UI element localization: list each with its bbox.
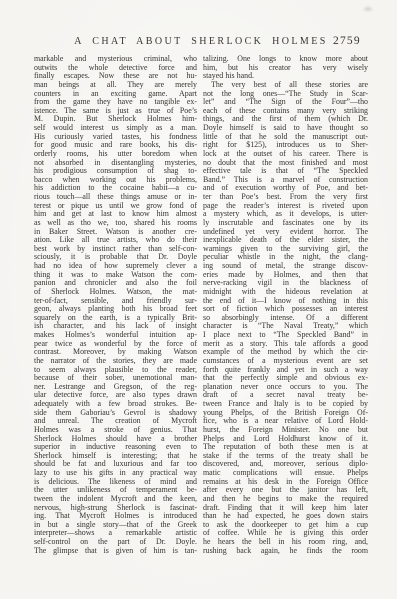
text-line: pear twice as wonderful by the force of [34,340,197,349]
text-line: each of these contains many very strikin… [203,107,368,116]
text-line: ter-of-fact, sensible, and friendly sur- [34,297,197,306]
text-line: tween the indolent Mycroft and the keen, [34,495,197,504]
text-line: sciously, it is probable that Dr. Doyle [34,253,197,262]
text-line: page the reader’s interest is riveted up… [203,202,368,211]
text-line: M. Dupin. But Sherlock Holmes him- [34,115,197,124]
text-line: of Sherlock Holmes. Watson, the mat- [34,288,197,297]
text-line: nerve-racking vigil in the blackness of [203,279,368,288]
right-text-column: talizing. One longs to know more abouthi… [203,55,368,555]
text-line: bacco when working out his problems, [34,176,197,185]
text-line: His curiously varied tastes, his fondnes… [34,133,197,142]
text-line: and then he begins to make the required [203,495,368,504]
text-line: to seem always plausible to the reader, [34,366,197,375]
text-line: as well as tho we, too, shared his rooms [34,219,197,228]
text-line: he hears the bell in his room ring, and, [203,538,368,547]
text-line: The glimpse that is given of him is tan- [34,547,197,556]
text-line: and unreal. The creation of Mycroft [34,417,197,426]
text-line: Sherlock Holmes should have a brother [34,435,197,444]
text-line: him, but his creator has very wisely [203,64,368,73]
text-line: rushing back again, he finds the room [203,547,368,556]
text-line: ner. Lestrange and Gregson, of the reg- [34,383,197,392]
text-line: sort of fiction which possesses an inter… [203,305,368,314]
text-line: Band.” This is a marvel of construction [203,176,368,185]
text-line: for good music and rare books, his dis- [34,141,197,150]
text-line: panion and chronicler and also the foil [34,279,197,288]
text-line: nervous, high-strung Sherlock is fascina… [34,504,197,513]
text-line: effective tale is that of “The Speckled [203,167,368,176]
text-line: forth quite frankly and yet in such a wa… [203,366,368,375]
running-head: A CHAT ABOUT SHERLOCK HOLMES [34,36,368,47]
text-line: a mystery which, as it develops, is utte… [203,210,368,219]
text-line: matic complications will ensue. Phelps [203,469,368,478]
text-line: hurst, the Foreign Minister. No one but [203,426,368,435]
text-line: side them Gaboriau’s Gevrol is shadowy [34,409,197,418]
text-line: stayed his hand. [203,72,368,81]
text-line: Holmes was a stroke of genius. That [34,426,197,435]
text-line: planation never once occurs to you. The [203,383,368,392]
text-line: eries made by Holmes, and then that [203,271,368,280]
text-line: counters in an exciting game. Apart [34,90,197,99]
text-line: thing it was to make Watson the com- [34,271,197,280]
text-line: ly inscrutable and fascinates one by its [203,219,368,228]
text-line: superior in inductive reasoning even to [34,443,197,452]
text-line: draft of a secret naval treaty be- [203,391,368,400]
text-line: remains at his desk in the Foreign Offic… [203,478,368,487]
text-line: talizing. One longs to know more about [203,55,368,64]
text-line: the utter unlikeness of temperament be- [34,486,197,495]
text-line: best work by instinct rather than self-c… [34,245,197,254]
text-line: orderly rooms, his utter boredom when [34,150,197,159]
text-line: cumstances of a mysterious event are set [203,357,368,366]
text-line: warnings given to the surviving girl, th… [203,245,368,254]
text-line: no doubt that the most finished and most [203,159,368,168]
text-line: him and get at last to know him almost [34,210,197,219]
text-line: tween France and Italy is to be copied b… [203,400,368,409]
text-line: self-control on the part of Dr. Doyle. [34,538,197,547]
text-line: not absorbed in disentangling mysteries, [34,159,197,168]
text-line: rious touch—all these things amuse or in… [34,193,197,202]
text-line: the narrator of the stories, they are ma… [34,357,197,366]
text-line: ular detective force, are also types dra… [34,391,197,400]
text-line: lazy to use his gifts in any practical w… [34,469,197,478]
text-line: not the long ones—“The Study in Scar- [203,90,368,99]
text-line: ish character, and his lack of insight [34,322,197,331]
text-line: let” and “The Sign of the Four”—tho [203,98,368,107]
text-line: than he had expected, he goes down stair… [203,512,368,521]
page-number: 2759 [333,35,361,47]
text-line: after every one but the janitor has left… [203,486,368,495]
text-line: geon, always planting both his broad fee… [34,305,197,314]
scan-speck [364,7,372,11]
page-title: A CHAT ABOUT SHERLOCK HOLMES [74,36,327,47]
text-line: draft. Finding that it will keep him lat… [203,504,368,513]
text-line: finally escapes. Now these are not hu- [34,72,197,81]
text-line: contrast. Moreover, by making Watson [34,348,197,357]
text-line: I place next to “The Speckled Band” in [203,331,368,340]
text-line: in but a single story—that of the Greek [34,521,197,530]
text-line: the end of it—I know of nothing in this [203,297,368,306]
text-line: Phelps and Lord Holdhurst know of it. [203,435,368,444]
text-line: so absorbingly intense. Of a different [203,314,368,323]
text-line: interpreter—shows a remarkable artistic [34,529,197,538]
text-line: outwits the whole detective force and [34,64,197,73]
text-line: ter than Poe’s best. From the very first [203,193,368,202]
text-line: The very best of all these stories are [203,81,368,90]
text-line: fice, who is a near relative of Lord Hol… [203,417,368,426]
text-line: little of that he sold the manuscript ou… [203,133,368,142]
text-line: discovered, and, moreover, serious diplo… [203,460,368,469]
text-line: lock at the outset of his career. There … [203,150,368,159]
text-line: midnight with the hideous revelation at [203,288,368,297]
text-line: had no idea of how supremely clever a [34,262,197,271]
text-line: markable and mysterious criminal, who [34,55,197,64]
text-line: example of the method by which the cir- [203,348,368,357]
text-line: ing. That Mycroft Holmes is introduced [34,512,197,521]
text-line: terest or pique us until we grow fond of [34,202,197,211]
text-line: right for $125), introduces us to Sher- [203,141,368,150]
text-line: adequately with a few broad strokes. Be- [34,400,197,409]
text-line: Sherlock himself is interesting; that he [34,452,197,461]
text-line: should be fat and luxurious and far too [34,460,197,469]
text-line: ing sound of metal, the strange discov- [203,262,368,271]
magazine-page: A CHAT ABOUT SHERLOCK HOLMES 2759 markab… [0,0,397,599]
left-text-column: markable and mysterious criminal, whoout… [34,55,197,555]
text-line: The reputation of both these men is at [203,443,368,452]
text-line: merit as a story. This tale affords a go… [203,340,368,349]
text-line: squarely on the earth, is a typically Br… [34,314,197,323]
text-line: his prodigious consumption of shag to- [34,167,197,176]
text-line: to ask the doorkeeper to get him a cup [203,521,368,530]
text-line: because of their sober, unemotional man- [34,374,197,383]
text-line: stake if the terms of the treaty shall b… [203,452,368,461]
text-line: istence. The same is just as true of Poe… [34,107,197,116]
text-line: undefined yet very evident horror. The [203,228,368,237]
text-line: is delicious. The likeness of mind and [34,478,197,487]
text-line: and of execution worthy of Poe, and bet- [203,184,368,193]
text-line: peculiar whistle in the night, the clang… [203,253,368,262]
text-line: his addiction to the cocaine habit—a cu- [34,184,197,193]
text-line: ation. Like all true artists, who do the… [34,236,197,245]
text-line: man beings at all. They are merely [34,81,197,90]
text-line: that the perfectly simple and obvious ex… [203,374,368,383]
text-line: makes Holmes’s wonderful intuition ap- [34,331,197,340]
text-line: in Baker Street. Watson is another cre- [34,228,197,237]
text-line: things, and the first of them (which Dr. [203,115,368,124]
text-line: character is “The Naval Treaty,” which [203,322,368,331]
text-line: self would interest us simply as a man. [34,124,197,133]
text-line: of coffee. While he is giving this order [203,529,368,538]
text-line: young Phelps, of the British Foreign Of- [203,409,368,418]
text-line: from the game they have no tangible ex- [34,98,197,107]
text-line: inexplicable death of the elder sister, … [203,236,368,245]
text-line: Doyle himself is said to have thought so [203,124,368,133]
